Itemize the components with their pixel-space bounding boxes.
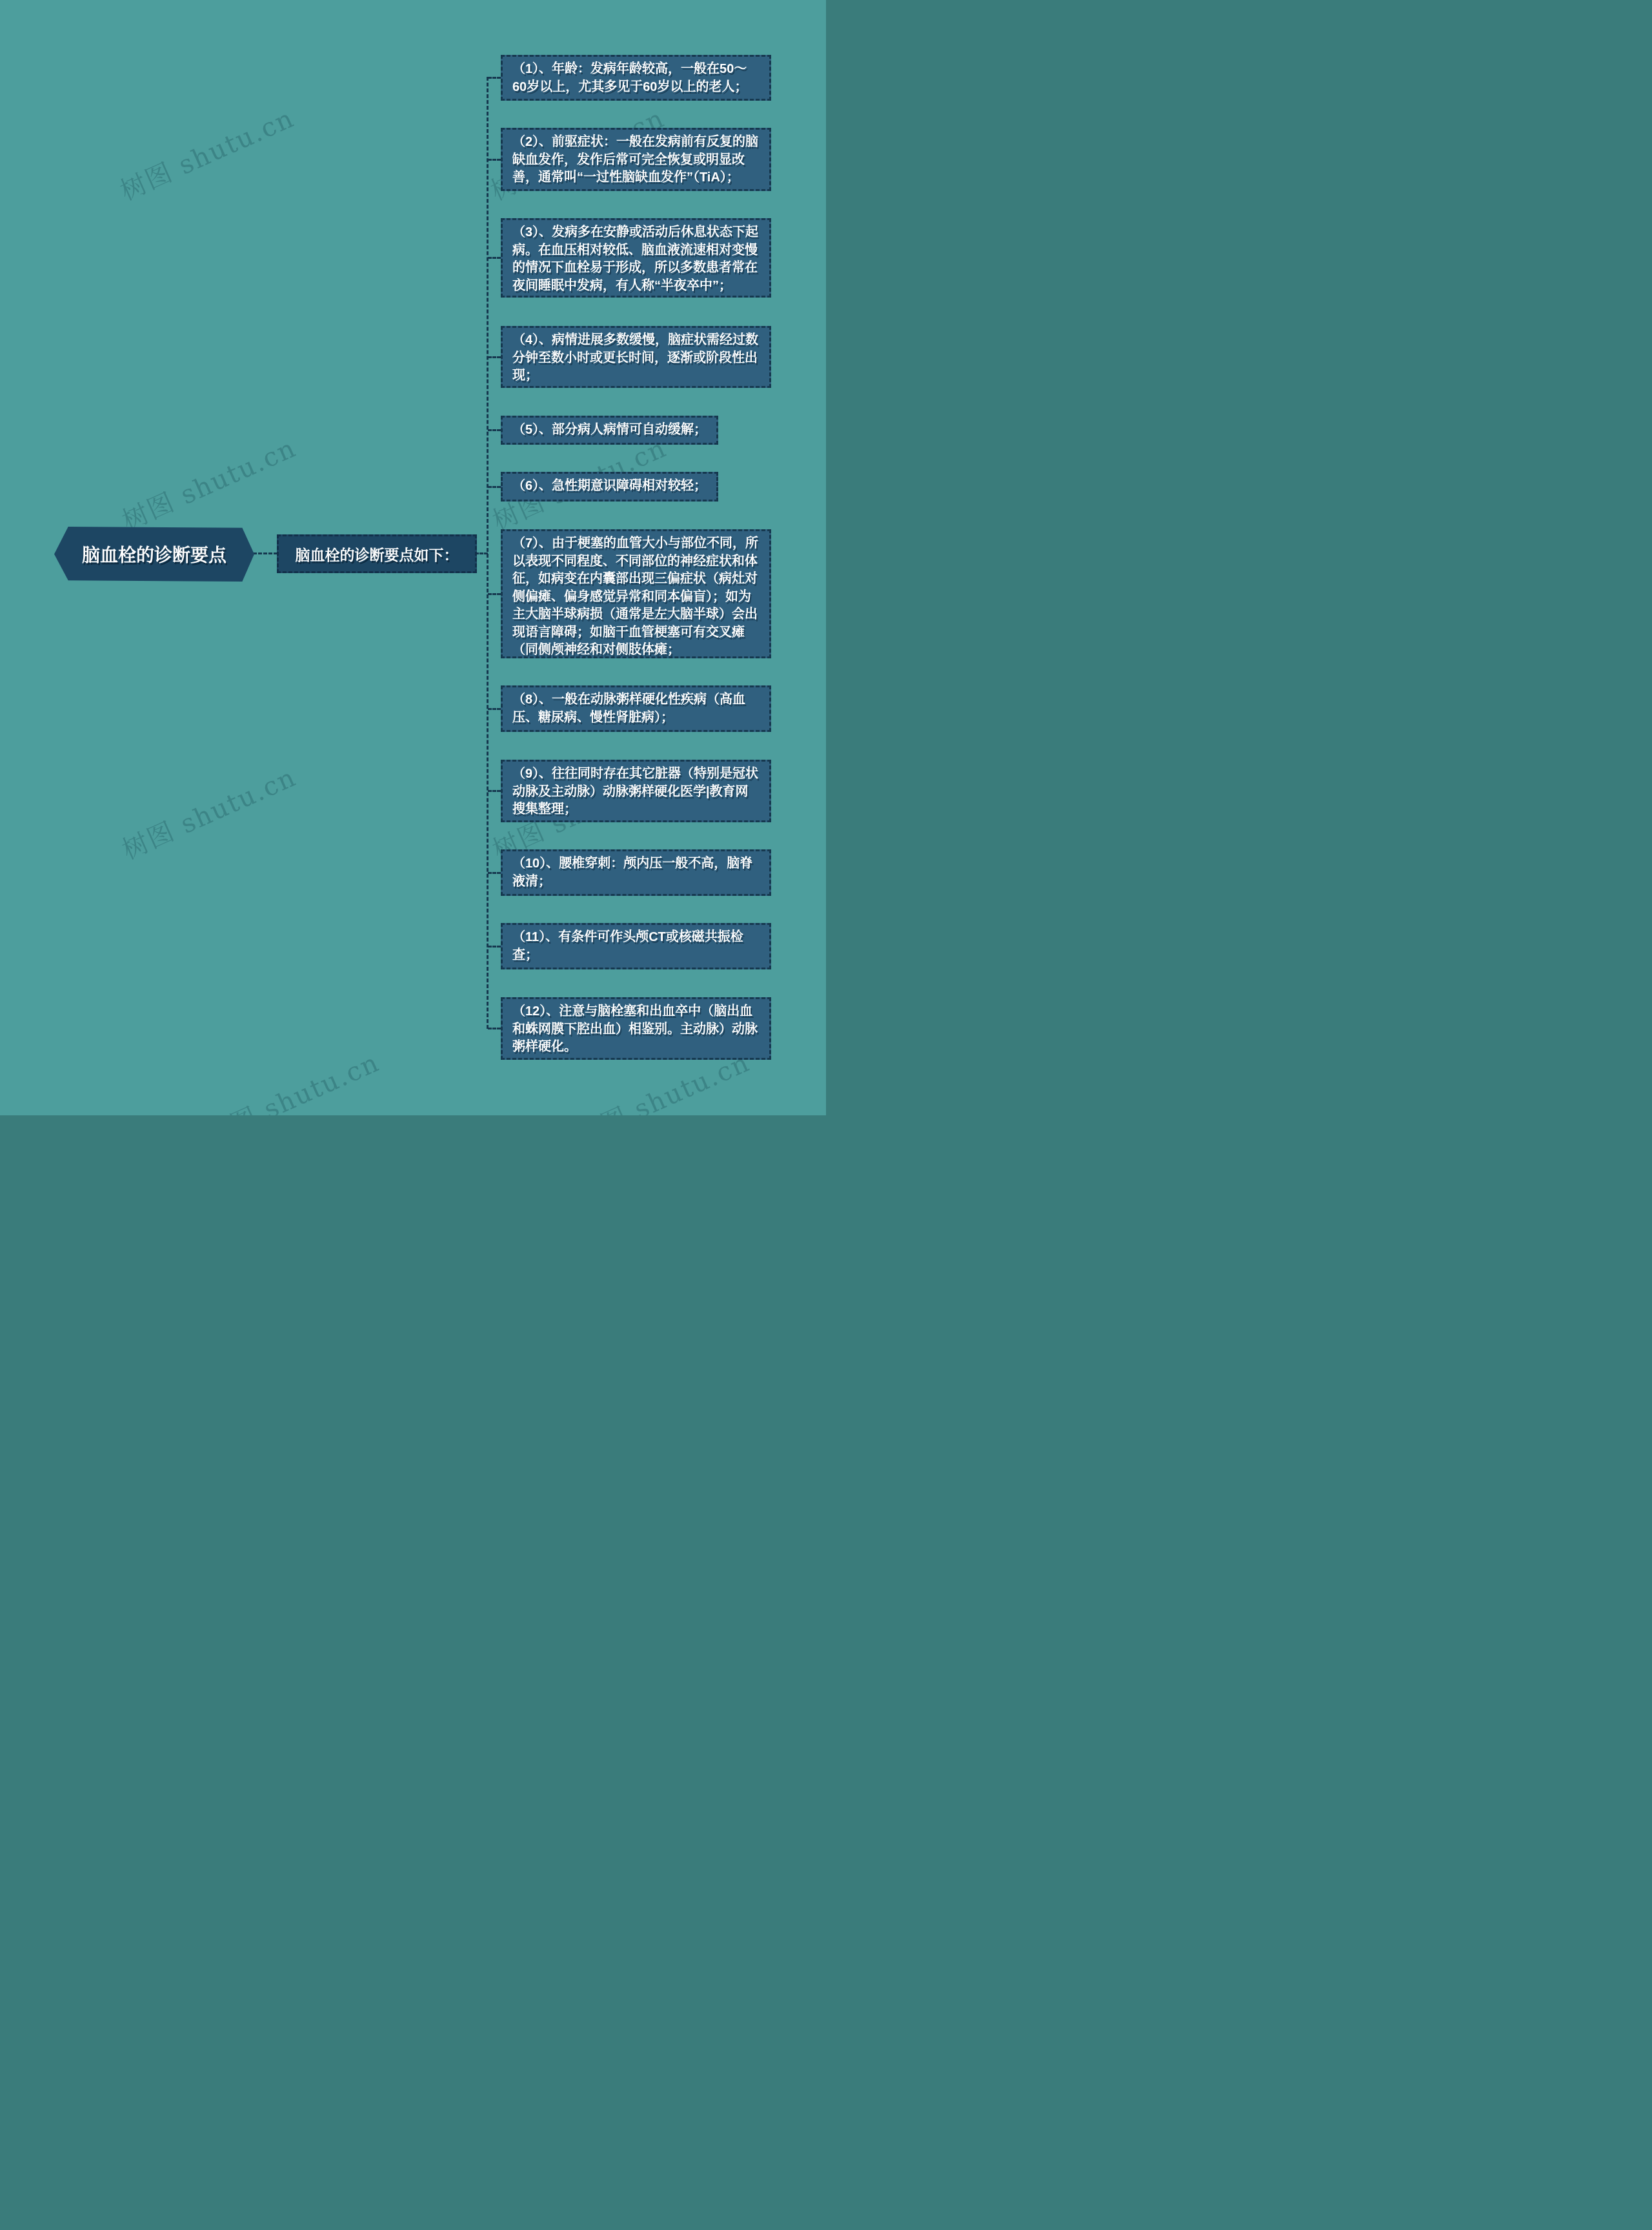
- watermark-text: 树图 shutu.cn: [116, 428, 301, 538]
- branch-node-9[interactable]: （9）、往往同时存在其它脏器（特别是冠状动脉及主动脉）动脉粥样硬化医学|教育网搜…: [501, 760, 771, 822]
- branch-node-6[interactable]: （6）、急性期意识障碍相对较轻；: [501, 472, 718, 502]
- branch-connector-6: [488, 486, 501, 488]
- root-node-label: 脑血栓的诊断要点: [82, 542, 227, 567]
- mindmap-canvas: 树图 shutu.cn树图 shutu.cn树图 shutu.cn树图 shut…: [0, 0, 826, 1115]
- branch-node-11[interactable]: （11）、有条件可作头颅CT或核磁共振检查；: [501, 923, 771, 969]
- branch-node-3[interactable]: （3）、发病多在安静或活动后休息状态下起病。在血压相对较低、脑血液流速相对变慢的…: [501, 218, 771, 298]
- branch-connector-2: [488, 159, 501, 161]
- root-to-summary-connector: [253, 552, 277, 554]
- branch-node-5[interactable]: （5）、部分病人病情可自动缓解；: [501, 416, 718, 445]
- branch-node-2[interactable]: （2）、前驱症状：一般在发病前有反复的脑缺血发作，发作后常可完全恢复或明显改善，…: [501, 128, 771, 191]
- branch-connector-11: [488, 946, 501, 948]
- branch-node-12[interactable]: （12）、注意与脑栓塞和出血卒中（脑出血和蛛网膜下腔出血）相鉴别。主动脉）动脉粥…: [501, 997, 771, 1060]
- branch-connector-4: [488, 356, 501, 358]
- summary-node-label: 脑血栓的诊断要点如下：: [296, 543, 459, 565]
- branch-node-4[interactable]: （4）、病情进展多数缓慢，脑症状需经过数分钟至数小时或更长时间，逐渐或阶段性出现…: [501, 326, 771, 388]
- branch-connector-7: [488, 593, 501, 595]
- root-node[interactable]: 脑血栓的诊断要点: [54, 527, 254, 582]
- watermark-text: 树图 shutu.cn: [114, 98, 299, 208]
- branch-node-7[interactable]: （7）、由于梗塞的血管大小与部位不同，所以表现不同程度、不同部位的神经症状和体征…: [501, 529, 771, 658]
- branch-connector-9: [488, 790, 501, 792]
- branch-connector-8: [488, 708, 501, 710]
- branch-node-8[interactable]: （8）、一般在动脉粥样硬化性疾病（高血压、糖尿病、慢性肾脏病）；: [501, 685, 771, 732]
- branch-connector-12: [488, 1028, 501, 1029]
- branch-node-1[interactable]: （1）、年龄：发病年龄较高，一般在50～60岁以上，尤其多见于60岁以上的老人；: [501, 55, 771, 101]
- branch-node-10[interactable]: （10）、腰椎穿刺：颅内压一般不高，脑脊液清；: [501, 849, 771, 896]
- summary-to-trunk-connector: [475, 552, 488, 554]
- branch-connector-5: [488, 429, 501, 431]
- branch-connector-3: [488, 257, 501, 259]
- watermark-text: 树图 shutu.cn: [116, 757, 301, 867]
- branch-connector-10: [488, 872, 501, 874]
- branch-connector-1: [488, 77, 501, 79]
- watermark-text: 树图 shutu.cn: [199, 1042, 385, 1115]
- summary-node[interactable]: 脑血栓的诊断要点如下：: [277, 534, 477, 573]
